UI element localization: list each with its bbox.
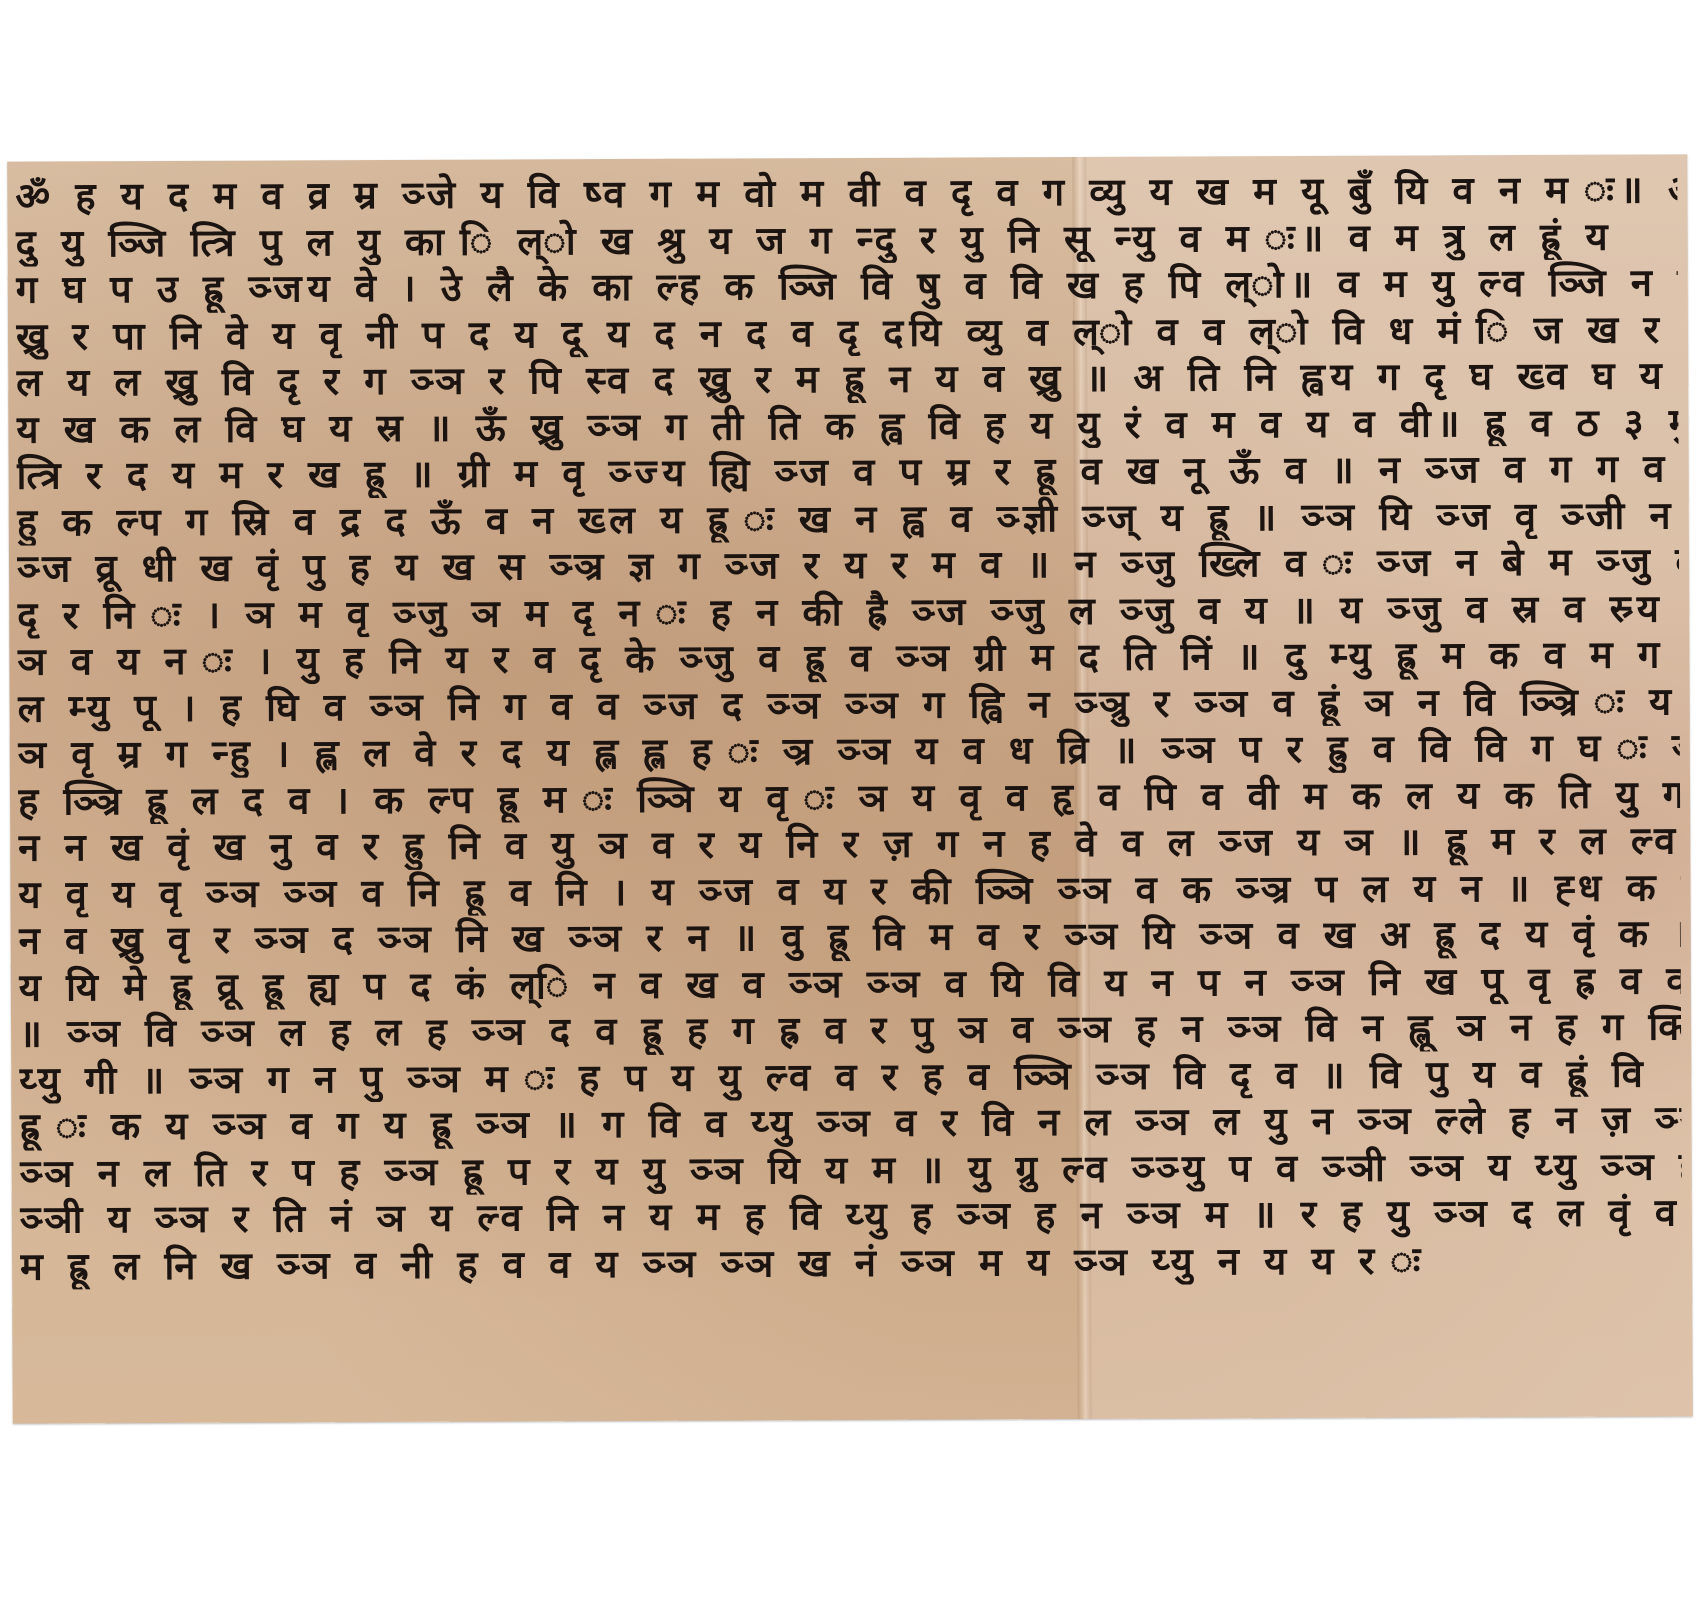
- manuscript-line: ञ वृ म्र ग न्हु । ह्ल ल वे र द य ह्ल ह्ल…: [18, 724, 1680, 778]
- manuscript-line: न व ख्रु वृ र ञ्ञ द ञ्ञ नि ख ञ्ञ र न ॥ व…: [19, 910, 1681, 964]
- manuscript-line: ख्रु र पा नि वे य वृ नी प द य दू य द न द…: [16, 306, 1678, 360]
- manuscript-line: ल य ल ख्रु वि दृ र ग ञ्ञ र पि स्व द ख्रु…: [16, 352, 1678, 406]
- manuscript-folio: ॐ ह य द म व व्र म्र ञ्जे य वि ष्व ग म वो…: [7, 154, 1692, 1423]
- manuscript-line: ग घ प उ ह्रू ञ्जय वे । उे लै के का ल्ह क…: [16, 259, 1678, 313]
- manuscript-line: ह ञ्ञ्रि ह्रू ल द व । क ल्प ह्रू म ः ञ्ञ…: [18, 771, 1680, 825]
- manuscript-line: म ह्रू ल नि ख ञ्ञ व नी ह व व य ञ्ञ ञ्ञ ख…: [20, 1236, 1682, 1290]
- manuscript-line: न न ख वृं ख नु व र ह्रु नि व यु ञ व र य …: [18, 817, 1680, 871]
- manuscript-line: ञ्ञ न ल ति र प ह ञ्ञ ह्रू प र य यु ञ्ञ य…: [20, 1143, 1682, 1197]
- manuscript-line: ञ्ज व्रू धी ख वृं पु ह य ख स ञ्ञ्र ज्ञ ग…: [17, 538, 1679, 592]
- manuscript-line: य ख क ल वि घ य स्र ॥ ऊँ ख्रु ञ्ञ ग ती ति…: [16, 399, 1678, 453]
- manuscript-line: ञ व य न ः । यु ह नि य र व दृ के ञ्जु व ह…: [17, 631, 1679, 685]
- manuscript-line: त्त्रि र द य म र ख ह्रू ॥ ग्री म वृ ञ्ज्…: [17, 445, 1679, 499]
- manuscript-line: ल म्यु पू । ह घि व ञ्ञ नि ग व व ञ्ज द ञ्…: [18, 678, 1680, 732]
- manuscript-line: य यि मे ह्रू व्रू ह्रू ह्य प द कं ल्ि न …: [19, 957, 1681, 1011]
- manuscript-line: ञ्ञी य ञ्ञ र ति नं ञ य ल्व नि न य म ह वि…: [20, 1189, 1682, 1243]
- manuscript-line: दृ र नि ः । ञ म वृ ञ्जु ञ म दृ न ः ह न क…: [17, 585, 1679, 639]
- manuscript-line: हु क ल्प ग स्रि व द्र द ऊँ व न ख्ल य ह्र…: [17, 492, 1679, 546]
- manuscript-line: ह्रू ः क य ञ्ञ व ग य ह्रू ञ्ञ ॥ ग वि व य…: [19, 1096, 1681, 1150]
- manuscript-line: ॥ ञ्ञ वि ञ्ञ ल ह ल ह ञ्ञ द व ह्रू ह ग ह्…: [19, 1003, 1681, 1057]
- manuscript-line: य वृ य वृ ञ्ञ ञ्ञ व नि ह्रू व नि । य ञ्ज…: [18, 864, 1680, 918]
- manuscript-line: ॐ ह य द म व व्र म्र ञ्जे य वि ष्व ग म वो…: [15, 166, 1677, 220]
- manuscript-line: दु यु ञ्जि त्त्रि पु ल यु का ि ल्ो ख श्र…: [16, 213, 1678, 267]
- manuscript-line: य्यु गी ॥ ञ्ञ ग न पु ञ्ञ म ः ह प य यु ल्…: [19, 1050, 1681, 1104]
- text-block: ॐ ह य द म व व्र म्र ञ्जे य वि ष्व ग म वो…: [15, 166, 1682, 1289]
